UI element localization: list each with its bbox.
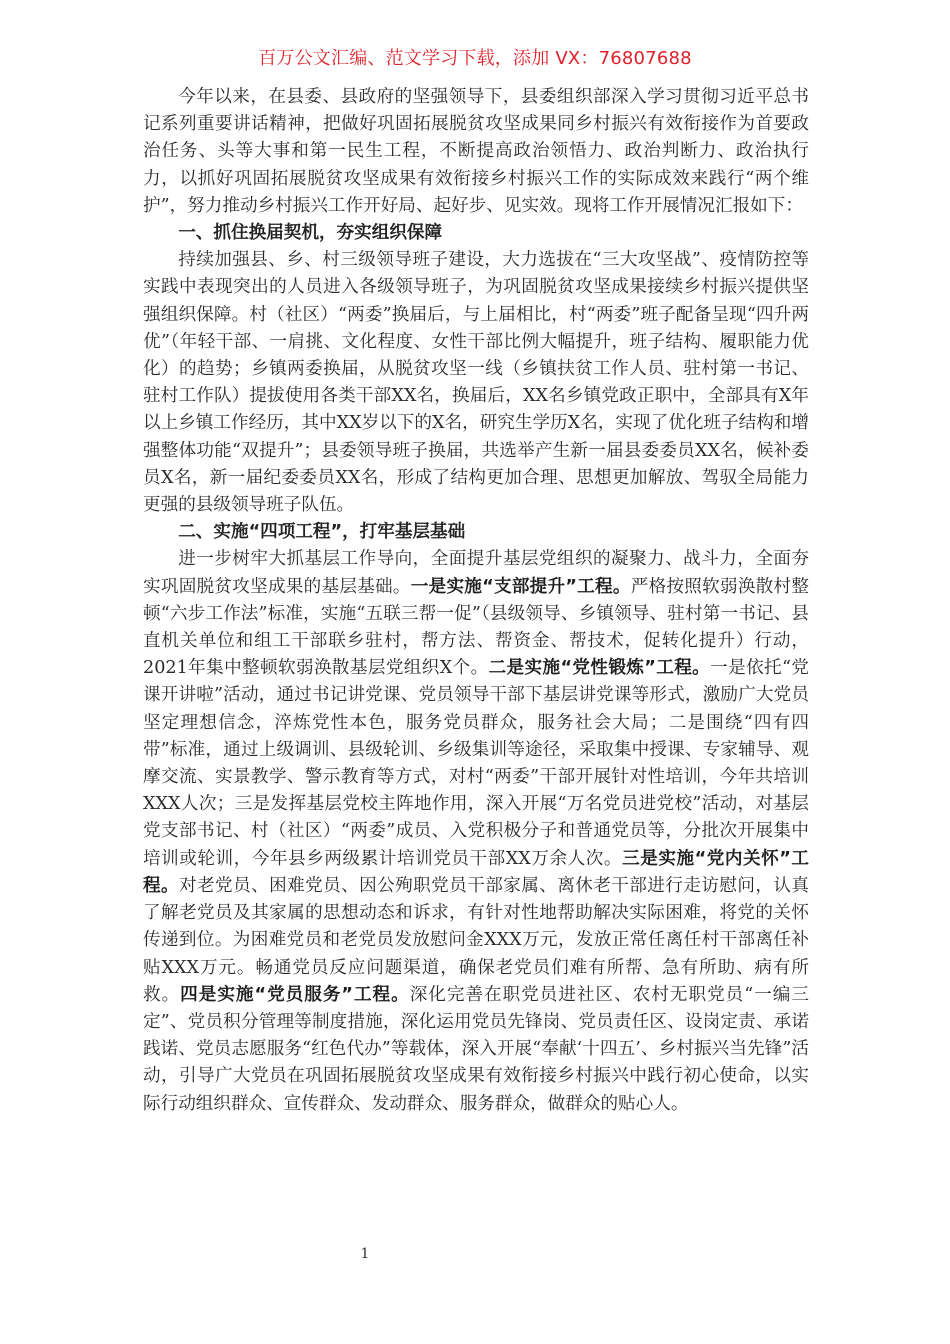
item-4-title: 四是实施“党员服务”工程。 <box>180 985 410 1005</box>
section-1-paragraph: 持续加强县、乡、村三级领导班子建设，大力选拔在“三大攻坚战”、疫情防控等实践中表… <box>143 247 809 519</box>
page-number: 1 <box>355 1246 375 1262</box>
item-2-text: 一是依托“党课开讲啦”活动，通过书记讲党课、党员领导干部下基层讲党课等形式，激励… <box>143 658 809 868</box>
section-heading-2: 二、实施“四项工程”，打牢基层基础 <box>143 519 809 546</box>
document-page: 百万公文汇编、范文学习下载，添加 VX：76807688 今年以来，在县委、县政… <box>0 0 950 1344</box>
watermark-header: 百万公文汇编、范文学习下载，添加 VX：76807688 <box>0 46 950 72</box>
section-heading-1: 一、抓住换届契机，夯实组织保障 <box>143 220 809 247</box>
intro-paragraph: 今年以来，在县委、县政府的坚强领导下，县委组织部深入学习贯彻习近平总书记系列重要… <box>143 84 809 220</box>
section-2-paragraph: 进一步树牢大抓基层工作导向，全面提升基层党组织的凝聚力、战斗力，全面夯实巩固脱贫… <box>143 546 809 1117</box>
item-2-title: 二是实施“党性锻炼”工程。 <box>489 658 711 678</box>
document-body: 今年以来，在县委、县政府的坚强领导下，县委组织部深入学习贯彻习近平总书记系列重要… <box>143 84 809 1118</box>
item-1-title: 一是实施“支部提升”工程。 <box>411 577 631 597</box>
